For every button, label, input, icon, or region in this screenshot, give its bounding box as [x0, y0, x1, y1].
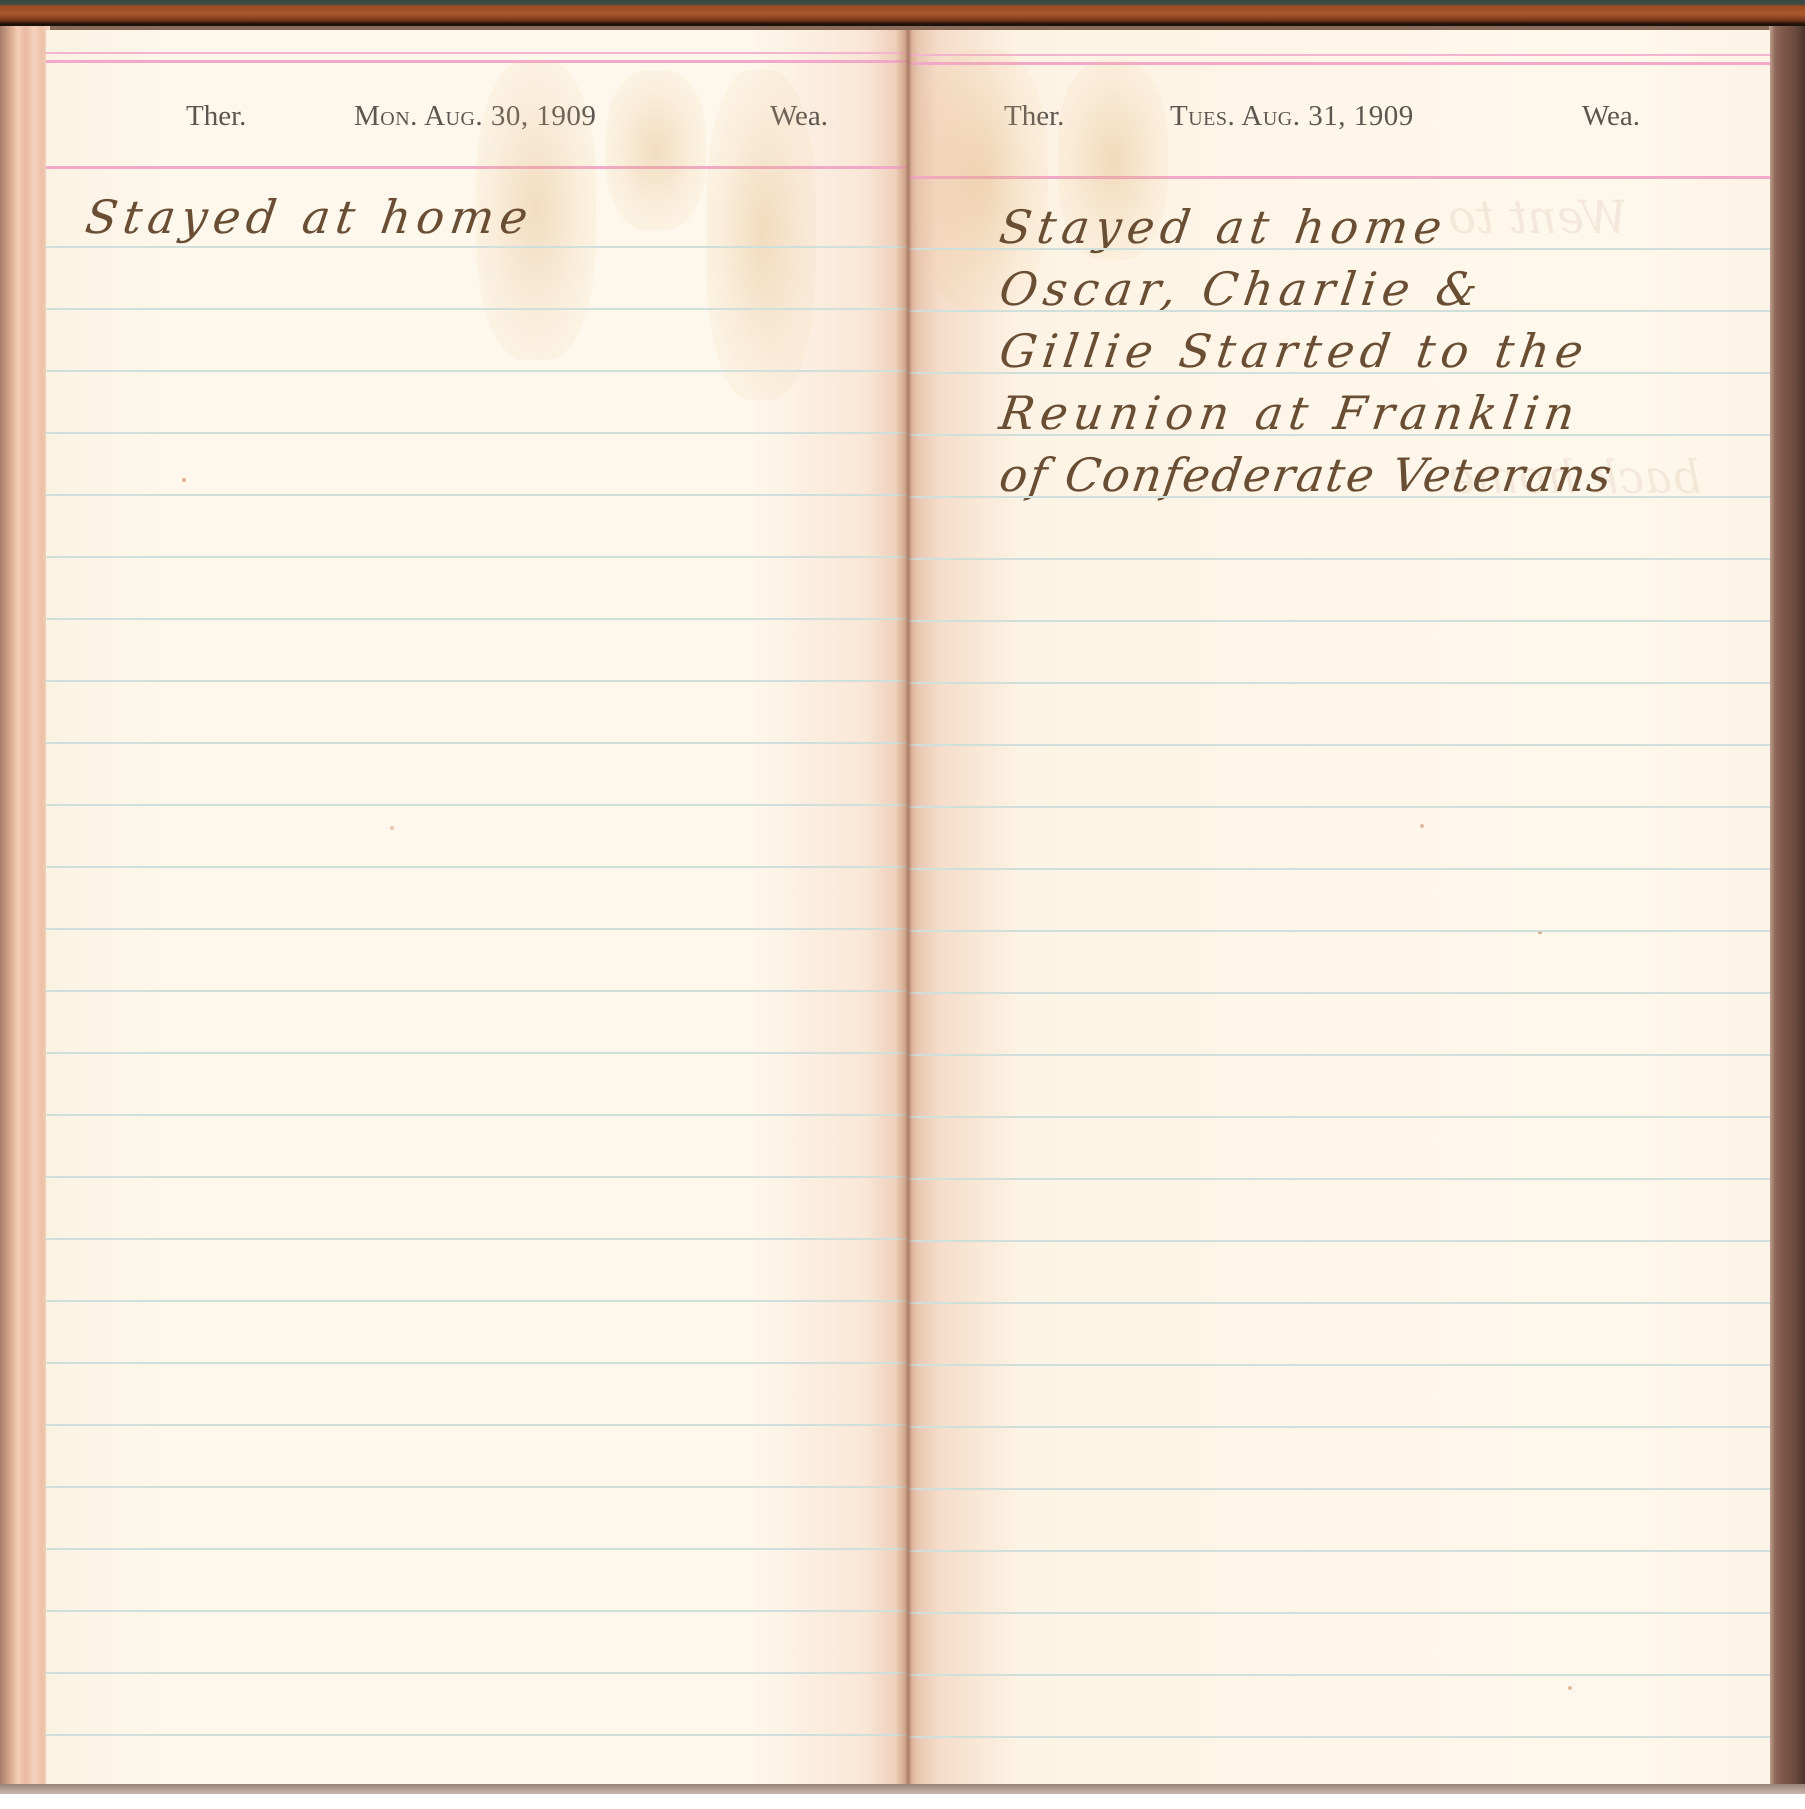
ruled-line [908, 806, 1770, 808]
ruled-line [46, 1548, 908, 1550]
ruled-line [46, 742, 908, 744]
ruled-line [46, 1610, 908, 1612]
ruled-line [46, 618, 908, 620]
ruled-line [908, 1054, 1770, 1056]
ruled-line [46, 1672, 908, 1674]
ruled-line [908, 1488, 1770, 1490]
header-rule-top [908, 54, 1770, 56]
ruled-line [46, 246, 908, 248]
paper-speck [182, 478, 186, 482]
ruled-line [908, 1426, 1770, 1428]
background-margin [0, 1794, 1805, 1809]
ruled-line [908, 1550, 1770, 1552]
ruled-line [908, 868, 1770, 870]
ruled-line [46, 432, 908, 434]
entry-line: Stayed at home [996, 200, 1451, 254]
ruled-line [908, 310, 1770, 312]
paper-speck [1420, 824, 1424, 828]
ruled-line [46, 1424, 908, 1426]
ruled-line [46, 1238, 908, 1240]
ruled-line [46, 494, 908, 496]
ruled-line [908, 1178, 1770, 1180]
entry-line: Gillie Started to the [996, 324, 1592, 378]
ruled-line [908, 1674, 1770, 1676]
ruled-line [46, 866, 908, 868]
ruled-line [46, 680, 908, 682]
ruled-line [908, 1364, 1770, 1366]
ruled-line [908, 620, 1770, 622]
ruled-line [46, 1300, 908, 1302]
ruled-line [46, 1114, 908, 1116]
ruled-line [46, 1176, 908, 1178]
ruled-line [46, 1486, 908, 1488]
ruled-line [908, 744, 1770, 746]
ruled-line [46, 990, 908, 992]
weather-label: Wea. [1582, 100, 1640, 133]
thermometer-label: Ther. [186, 100, 246, 133]
entry-line: Reunion at Franklin [996, 386, 1584, 440]
thermometer-label: Ther. [1004, 100, 1064, 133]
weather-label: Wea. [770, 100, 828, 133]
ruled-line [46, 928, 908, 930]
ruled-line [908, 1116, 1770, 1118]
header-rule-top-double [46, 60, 908, 63]
paper-speck [390, 826, 394, 830]
diary-page-right: Ther. Tues. Aug. 31, 1909 Wea. Went to b… [908, 30, 1770, 1785]
ruled-line [908, 496, 1770, 498]
ruled-line [46, 1362, 908, 1364]
header-rule-bottom [908, 176, 1770, 179]
ruled-line [46, 1734, 908, 1736]
ruled-line [46, 1052, 908, 1054]
book-bottom-edge [0, 1784, 1805, 1794]
ruled-line [908, 1240, 1770, 1242]
page-date: Mon. Aug. 30, 1909 [354, 100, 596, 133]
diary-page-left: Ther. Mon. Aug. 30, 1909 Wea. Stayed at … [46, 30, 908, 1785]
page-stack-right-edge [1769, 26, 1805, 1794]
ruled-line [908, 930, 1770, 932]
ruled-line [908, 372, 1770, 374]
ruled-line [46, 370, 908, 372]
open-diary: Ther. Mon. Aug. 30, 1909 Wea. Stayed at … [0, 26, 1805, 1794]
ruled-line [908, 682, 1770, 684]
ruled-line [908, 1736, 1770, 1738]
entry-line: Stayed at home [82, 190, 537, 244]
ruled-line [46, 308, 908, 310]
page-date: Tues. Aug. 31, 1909 [1170, 100, 1414, 133]
header-rule-top-double [908, 62, 1770, 65]
ruled-line [908, 248, 1770, 250]
page-stack-left-edge [0, 26, 50, 1794]
ruled-line [46, 556, 908, 558]
header-rule-bottom [46, 166, 908, 169]
ruled-line [908, 992, 1770, 994]
header-rule-top [46, 52, 908, 54]
ruled-line [908, 558, 1770, 560]
page-header: Ther. Tues. Aug. 31, 1909 Wea. [908, 92, 1770, 142]
ruled-line [46, 804, 908, 806]
entry-line: of Confederate Veterans [996, 448, 1617, 502]
ink-bleed-through: Went to [1448, 190, 1628, 244]
entry-line: Oscar, Charlie & [996, 262, 1487, 316]
ruled-line [908, 434, 1770, 436]
paper-speck [1568, 1686, 1572, 1690]
ruled-line [908, 1612, 1770, 1614]
ruled-line [908, 1302, 1770, 1304]
page-header: Ther. Mon. Aug. 30, 1909 Wea. [46, 92, 908, 142]
